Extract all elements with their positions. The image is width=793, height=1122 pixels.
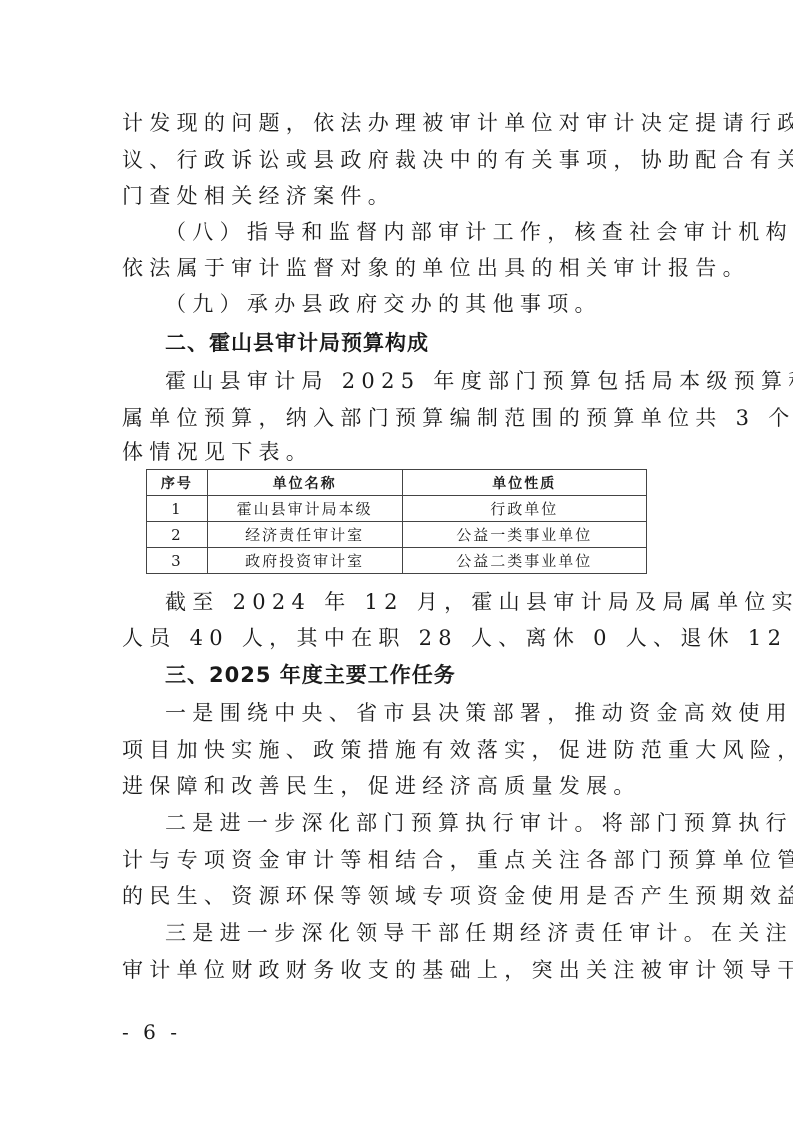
cell-unit-name: 经济责任审计室 bbox=[207, 522, 402, 548]
header-unit-name: 单位名称 bbox=[207, 470, 402, 496]
paragraph-line: （九）承办县政府交办的其他事项。 bbox=[122, 292, 673, 316]
paragraph-line: 议、行政诉讼或县政府裁决中的有关事项，协助配合有关部 bbox=[122, 148, 673, 172]
paragraph-line: 审计单位财政财务收支的基础上，突出关注被审计领导干部 bbox=[122, 958, 673, 982]
paragraph-line: 三是进一步深化领导干部任期经济责任审计。在关注被 bbox=[122, 921, 673, 945]
paragraph-line: 的民生、资源环保等领域专项资金使用是否产生预期效益。 bbox=[122, 884, 673, 908]
cell-serial: 2 bbox=[147, 522, 208, 548]
paragraph-line: 门查处相关经济案件。 bbox=[122, 184, 673, 208]
cell-serial: 1 bbox=[147, 496, 208, 522]
header-unit-type: 单位性质 bbox=[402, 470, 646, 496]
section-heading: 三、2025 年度主要工作任务 bbox=[122, 663, 673, 687]
paragraph-line: 属单位预算，纳入部门预算编制范围的预算单位共 3 个，具 bbox=[122, 406, 673, 430]
paragraph-line: 项目加快实施、政策措施有效落实，促进防范重大风险，促 bbox=[122, 738, 673, 762]
page-number: - 6 - bbox=[122, 1020, 181, 1044]
table-header-row: 序号 单位名称 单位性质 bbox=[147, 470, 647, 496]
cell-unit-name: 霍山县审计局本级 bbox=[207, 496, 402, 522]
cell-unit-type: 行政单位 bbox=[402, 496, 646, 522]
paragraph-line: 计发现的问题，依法办理被审计单位对审计决定提请行政复 bbox=[122, 111, 673, 135]
header-serial: 序号 bbox=[147, 470, 208, 496]
table-row: 2 经济责任审计室 公益一类事业单位 bbox=[147, 522, 647, 548]
paragraph-line: （八）指导和监督内部审计工作，核查社会审计机构对 bbox=[122, 220, 673, 244]
paragraph-line: 体情况见下表。 bbox=[122, 440, 673, 464]
cell-unit-type: 公益一类事业单位 bbox=[402, 522, 646, 548]
budget-units-table: 序号 单位名称 单位性质 1 霍山县审计局本级 行政单位 2 经济责任审计室 公… bbox=[146, 469, 647, 574]
table-row: 3 政府投资审计室 公益二类事业单位 bbox=[147, 548, 647, 574]
paragraph-line: 依法属于审计监督对象的单位出具的相关审计报告。 bbox=[122, 256, 673, 280]
cell-unit-name: 政府投资审计室 bbox=[207, 548, 402, 574]
paragraph-line: 计与专项资金审计等相结合，重点关注各部门预算单位管理 bbox=[122, 848, 673, 872]
section-heading: 二、霍山县审计局预算构成 bbox=[122, 331, 673, 355]
paragraph-line: 霍山县审计局 2025 年度部门预算包括局本级预算和局 bbox=[122, 369, 673, 393]
table-row: 1 霍山县审计局本级 行政单位 bbox=[147, 496, 647, 522]
paragraph-line: 截至 2024 年 12 月，霍山县审计局及局属单位实有各类 bbox=[122, 590, 673, 614]
cell-serial: 3 bbox=[147, 548, 208, 574]
paragraph-line: 人员 40 人，其中在职 28 人、离休 0 人、退休 12 人。 bbox=[122, 626, 673, 650]
cell-unit-type: 公益二类事业单位 bbox=[402, 548, 646, 574]
paragraph-line: 一是围绕中央、省市县决策部署，推动资金高效使用、 bbox=[122, 701, 673, 725]
paragraph-line: 二是进一步深化部门预算执行审计。将部门预算执行审 bbox=[122, 811, 673, 835]
paragraph-line: 进保障和改善民生，促进经济高质量发展。 bbox=[122, 774, 673, 798]
